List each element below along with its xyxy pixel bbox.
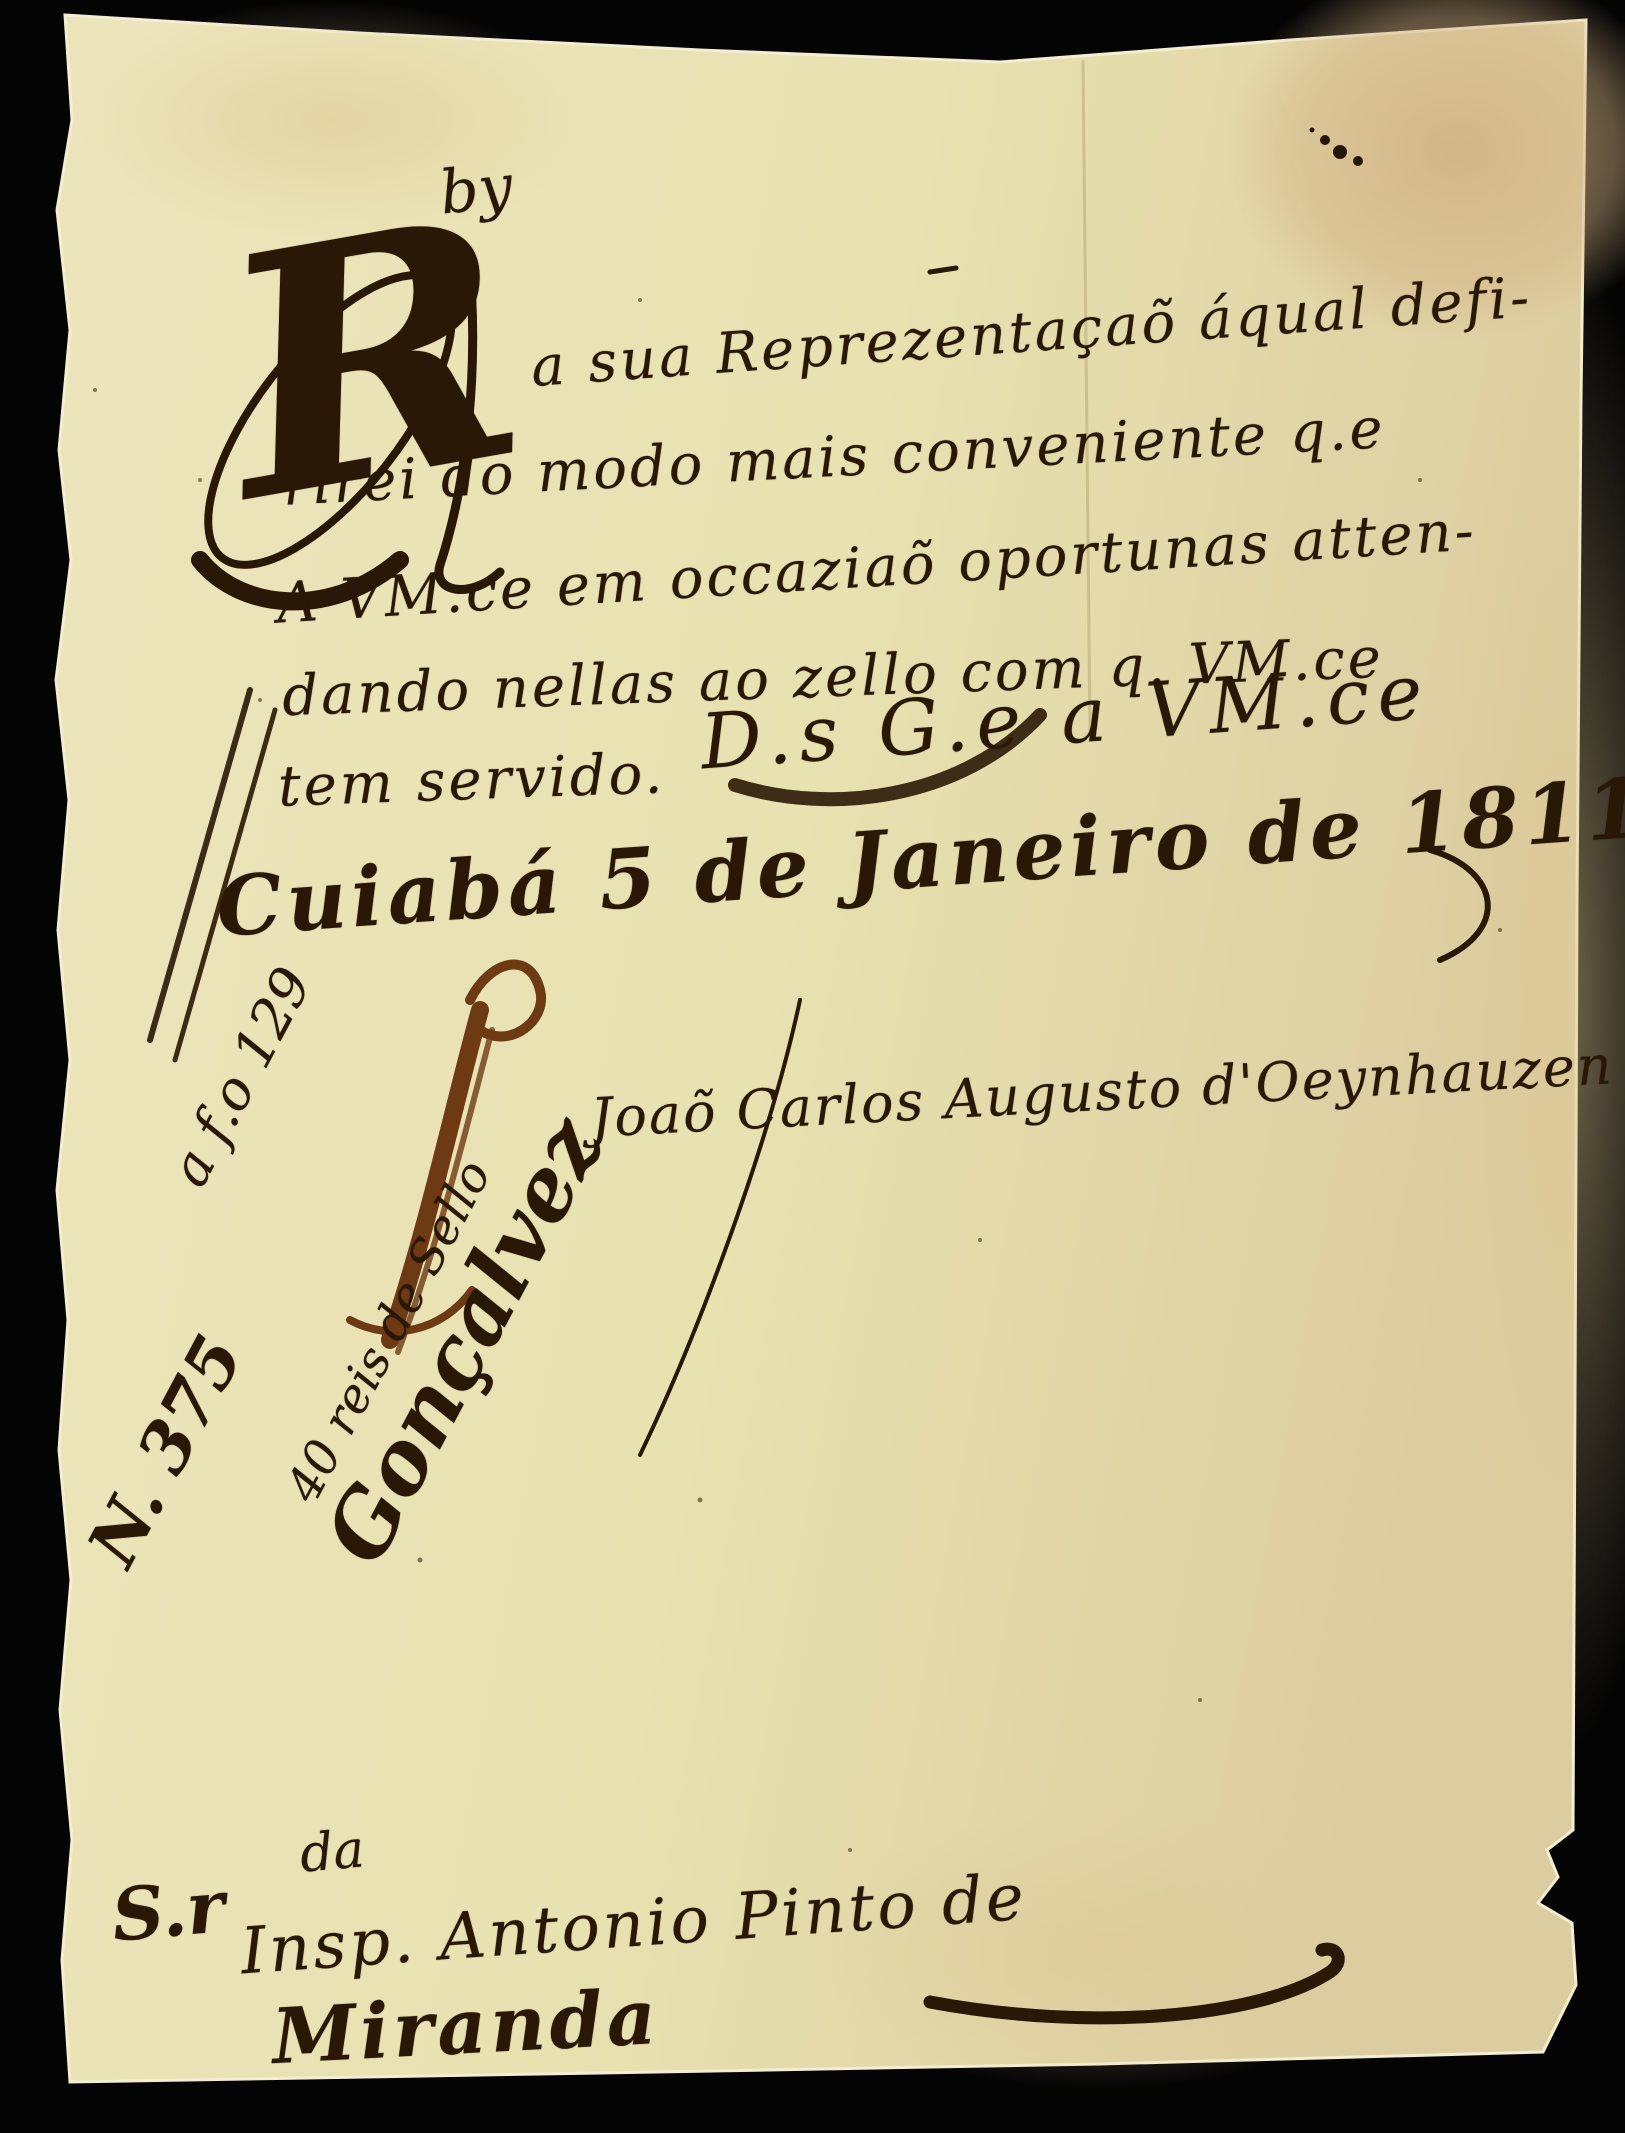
manuscript-scan: by R a sua Reprezentaçaõ áqual defi- rir… xyxy=(0,0,1625,2133)
addressee-superscript: da xyxy=(298,1819,367,1884)
body-line: tem servido. xyxy=(277,741,666,819)
paper-stain xyxy=(800,1810,1400,2090)
addressee-salutation: S.r xyxy=(109,1863,228,1957)
